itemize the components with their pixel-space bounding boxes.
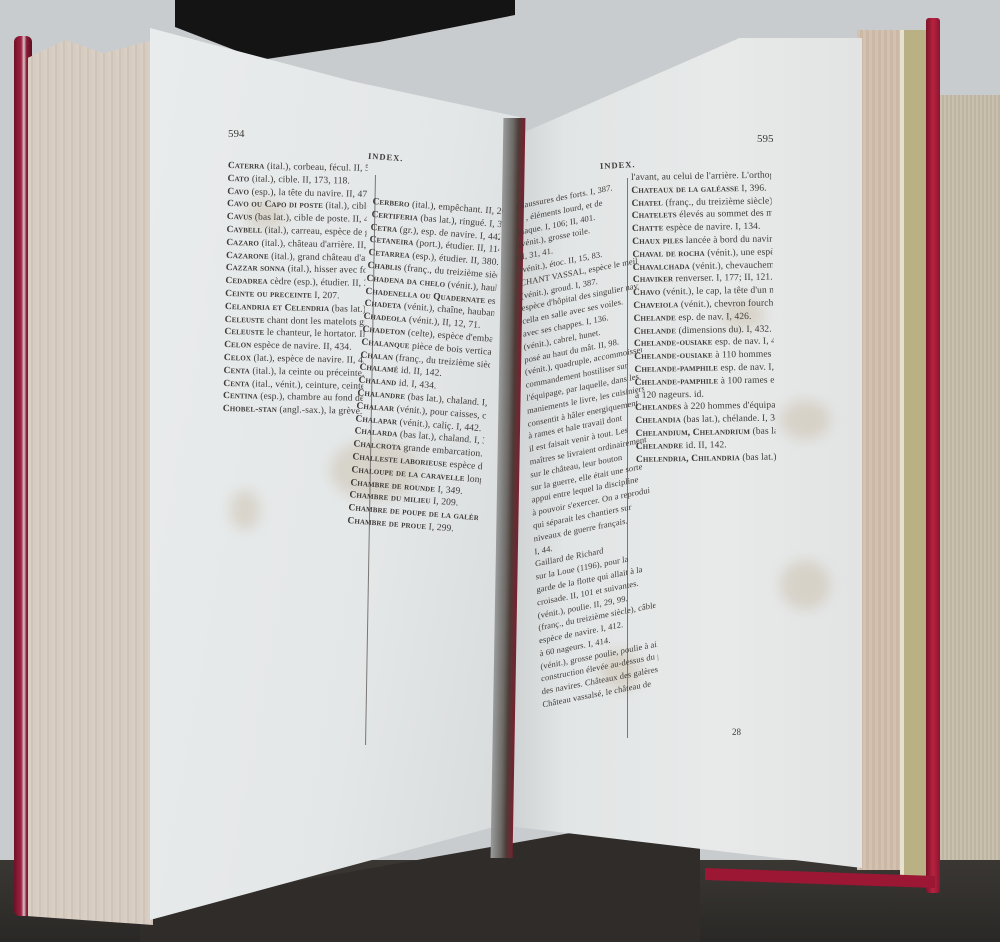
index-entry: Chelande-pamphile à 100 rames et à 110 n… <box>635 374 775 389</box>
right-page-block <box>857 30 903 870</box>
background-cloth-right <box>940 95 1000 895</box>
right-running-head: INDEX. <box>600 159 636 171</box>
foxing-stain <box>780 400 830 440</box>
index-entry: Chelandium, Chelandrium (bas latin), ché… <box>635 425 775 440</box>
left-page-column-1: Caterra (ital.), corbeau, fécul. II, 517… <box>223 160 368 419</box>
foxing-stain <box>230 490 260 530</box>
left-page-block <box>28 40 153 925</box>
left-page-column-2: Cerbero (ital.), empêchant. II, 207. Cer… <box>347 196 503 538</box>
foxing-stain <box>780 560 830 610</box>
signature-mark: 28 <box>732 727 741 737</box>
right-page-column-2: l'avant, au celui de l'arrière. L'orthog… <box>631 170 776 467</box>
index-entry: Chaveiola (vénit.), chevron fourchu, ban… <box>633 298 773 313</box>
right-cover-edge <box>926 18 940 893</box>
right-page-number: 595 <box>757 133 774 145</box>
index-entry: Chelendria, Chilandria (bas lat.), id. I… <box>636 451 776 466</box>
left-page-number: 594 <box>228 128 245 140</box>
